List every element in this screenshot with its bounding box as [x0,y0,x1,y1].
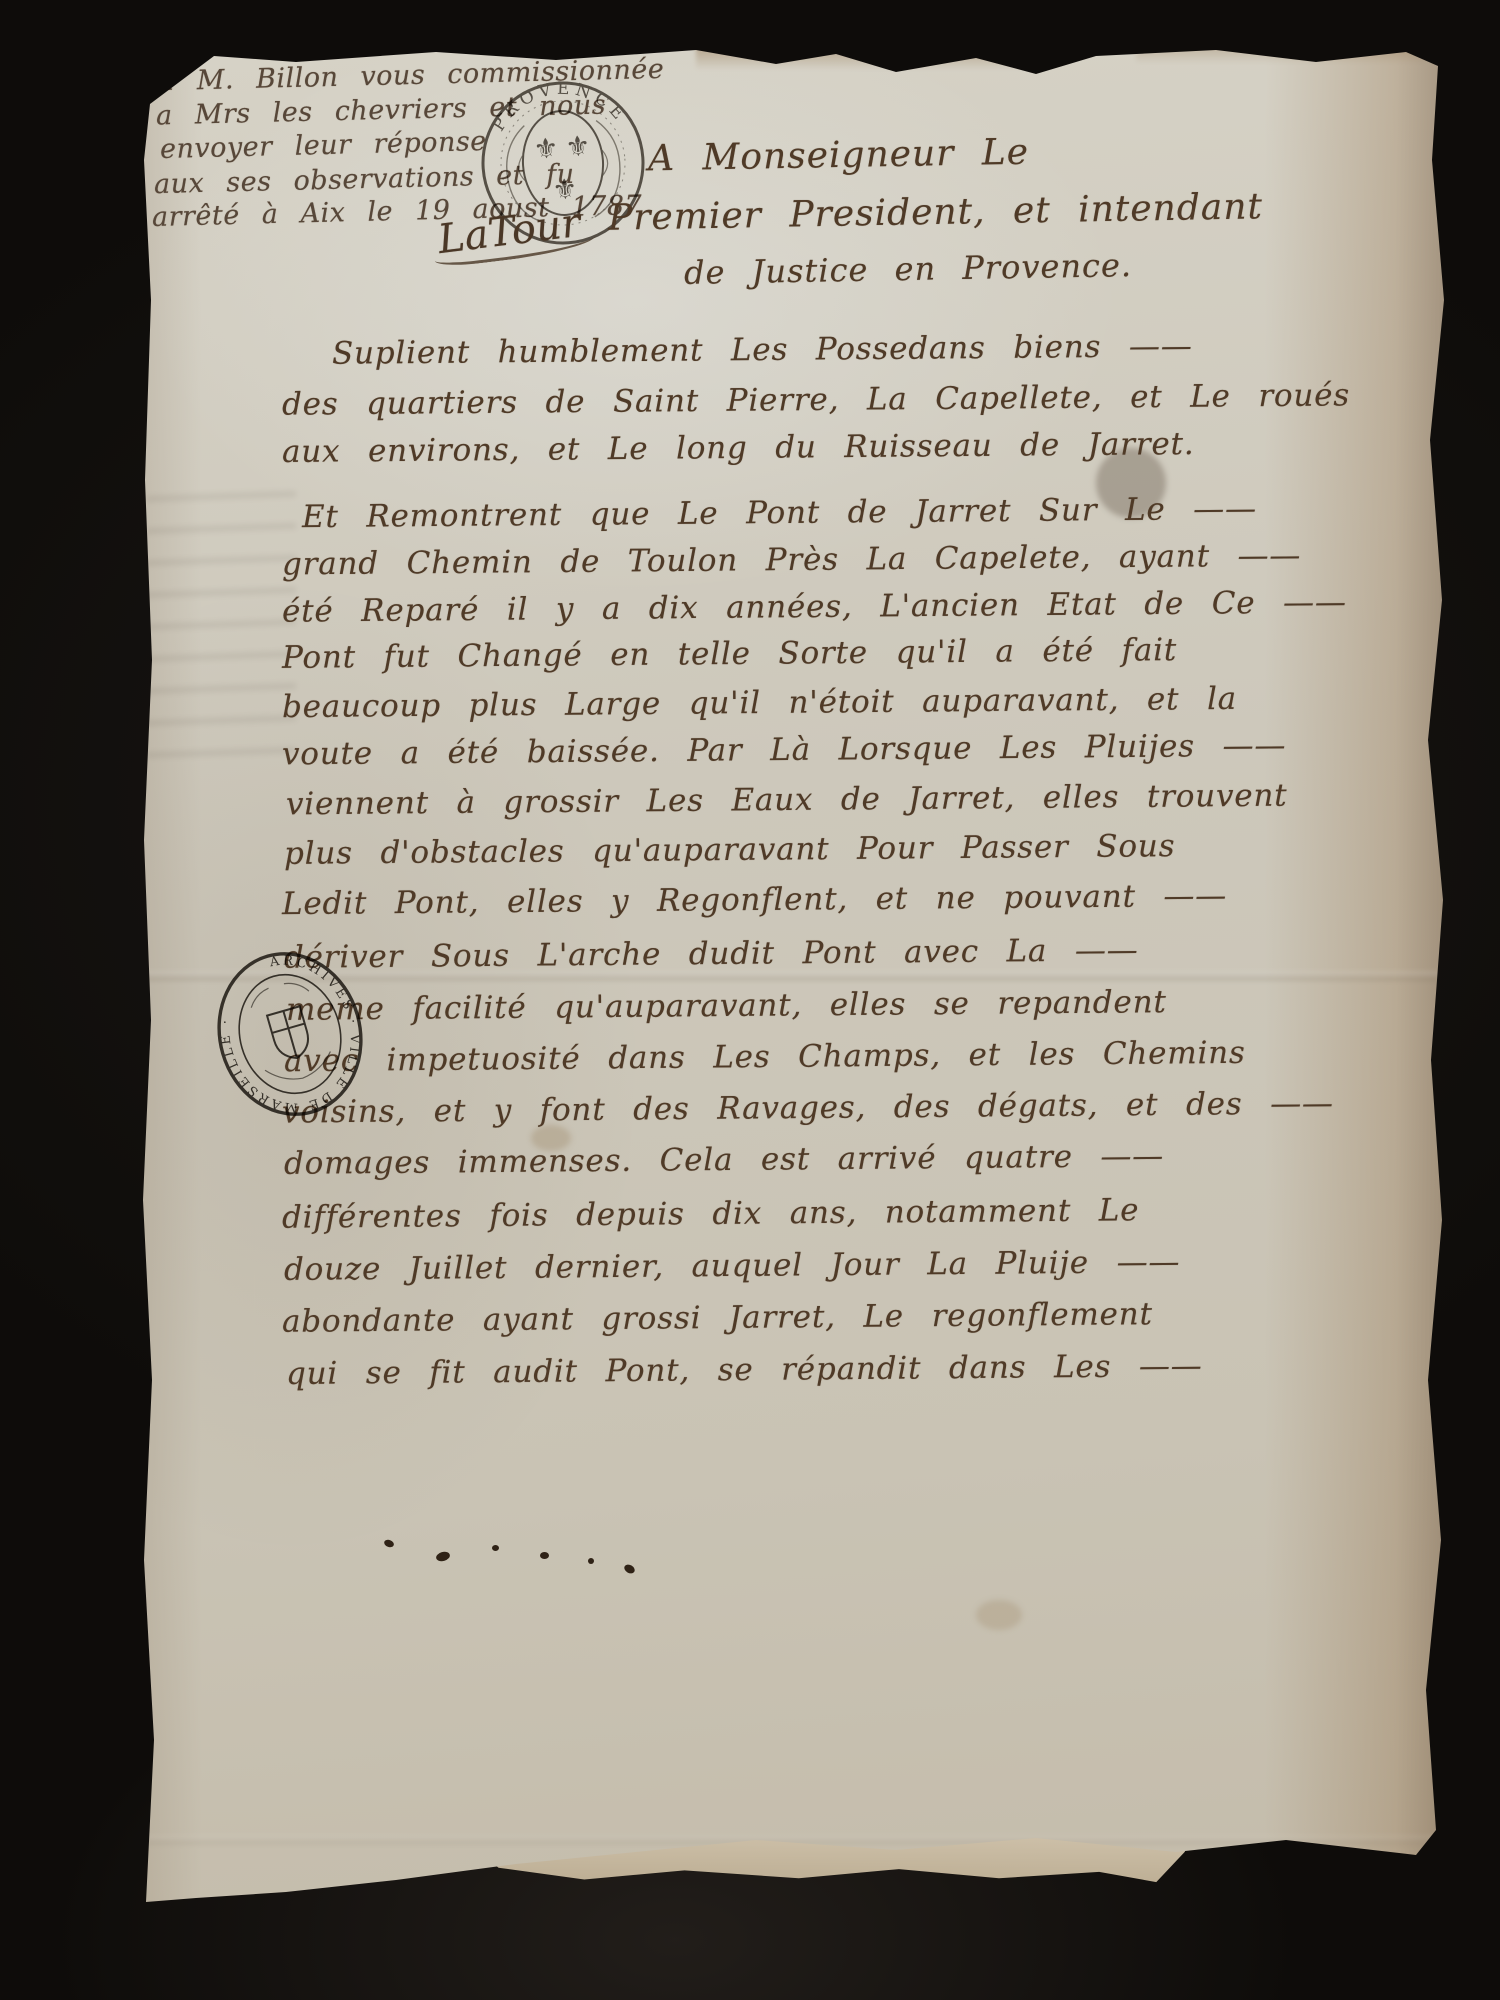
petition-line: Ledit Pont, elles y Regonflent, et ne po… [282,878,1227,922]
petition-line: voisins, et y font des Ravages, des déga… [282,1085,1334,1130]
petition-line: Pont fut Changé en telle Sorte qu'il a é… [282,632,1177,676]
foxing-spot [976,1600,1022,1630]
address-line: de Justice en Provence. [684,246,1133,292]
petition-line: été Reparé il y a dix années, L'ancien E… [282,584,1347,629]
ink-spatter [383,1539,395,1549]
manuscript-page: a M. Billon vous commissionnée a Mrs les… [136,40,1448,1908]
petition-line: dériver Sous L'arche dudit Pont avec La … [284,932,1139,975]
petition-line: beaucoup plus Large qu'il n'étoit aupara… [282,681,1237,725]
annotation-line: envoyer leur réponse [160,126,487,165]
fleur-de-lis-icon: ⚜ [532,131,559,166]
petition-line: qui se fit audit Pont, se répandit dans … [286,1348,1203,1392]
address-line: A Monseigneur Le [648,132,1030,180]
petition-line: grand Chemin de Toulon Près La Capelete,… [282,538,1301,583]
petition-line: aux environs, et Le long du Ruisseau de … [282,426,1195,470]
petition-line: différentes fois depuis dix ans, notamme… [282,1192,1140,1235]
fleur-de-lis-icon: ⚜ [564,129,591,164]
svg-text:PROVENCE: PROVENCE [486,74,632,136]
petition-line: voute a été baissée. Par Là Lorsque Les … [282,728,1286,773]
petition-line: viennent à grossir Les Eaux de Jarret, e… [286,778,1288,823]
top-edge-tear-stain [696,40,1026,70]
address-line: Premier President, et intendant [608,186,1264,238]
petition-line: abondante ayant grossi Jarret, Le regonf… [282,1296,1153,1340]
top-right-edge-stain [1136,40,1426,64]
petition-line: avec impetuosité dans Les Champs, et les… [284,1035,1246,1079]
ink-spatter [492,1545,499,1551]
ink-spatter [588,1558,594,1564]
photograph-of-manuscript: { "annotation": { "lines": [ "a M. Billo… [0,0,1500,2000]
petition-line: plus d'obstacles qu'auparavant Pour Pass… [284,828,1176,872]
ink-spatter [540,1552,549,1559]
petition-line: douze Juillet dernier, auquel Jour La Pl… [284,1244,1181,1288]
petition-line: domages immenses. Cela est arrivé quatre… [284,1138,1164,1182]
ink-spatter [623,1563,637,1575]
round-stamp-label: PROVENCE [486,74,632,136]
verso-ink-show-through [146,470,296,770]
petition-line: meme facilité qu'auparavant, elles se re… [286,984,1167,1028]
petition-line: Et Remontrent que Le Pont de Jarret Sur … [302,491,1257,535]
ink-spatter [435,1550,451,1562]
petition-line: des quartiers de Saint Pierre, La Capell… [282,377,1350,422]
petition-line: Suplient humblement Les Possedans biens … [332,328,1193,372]
